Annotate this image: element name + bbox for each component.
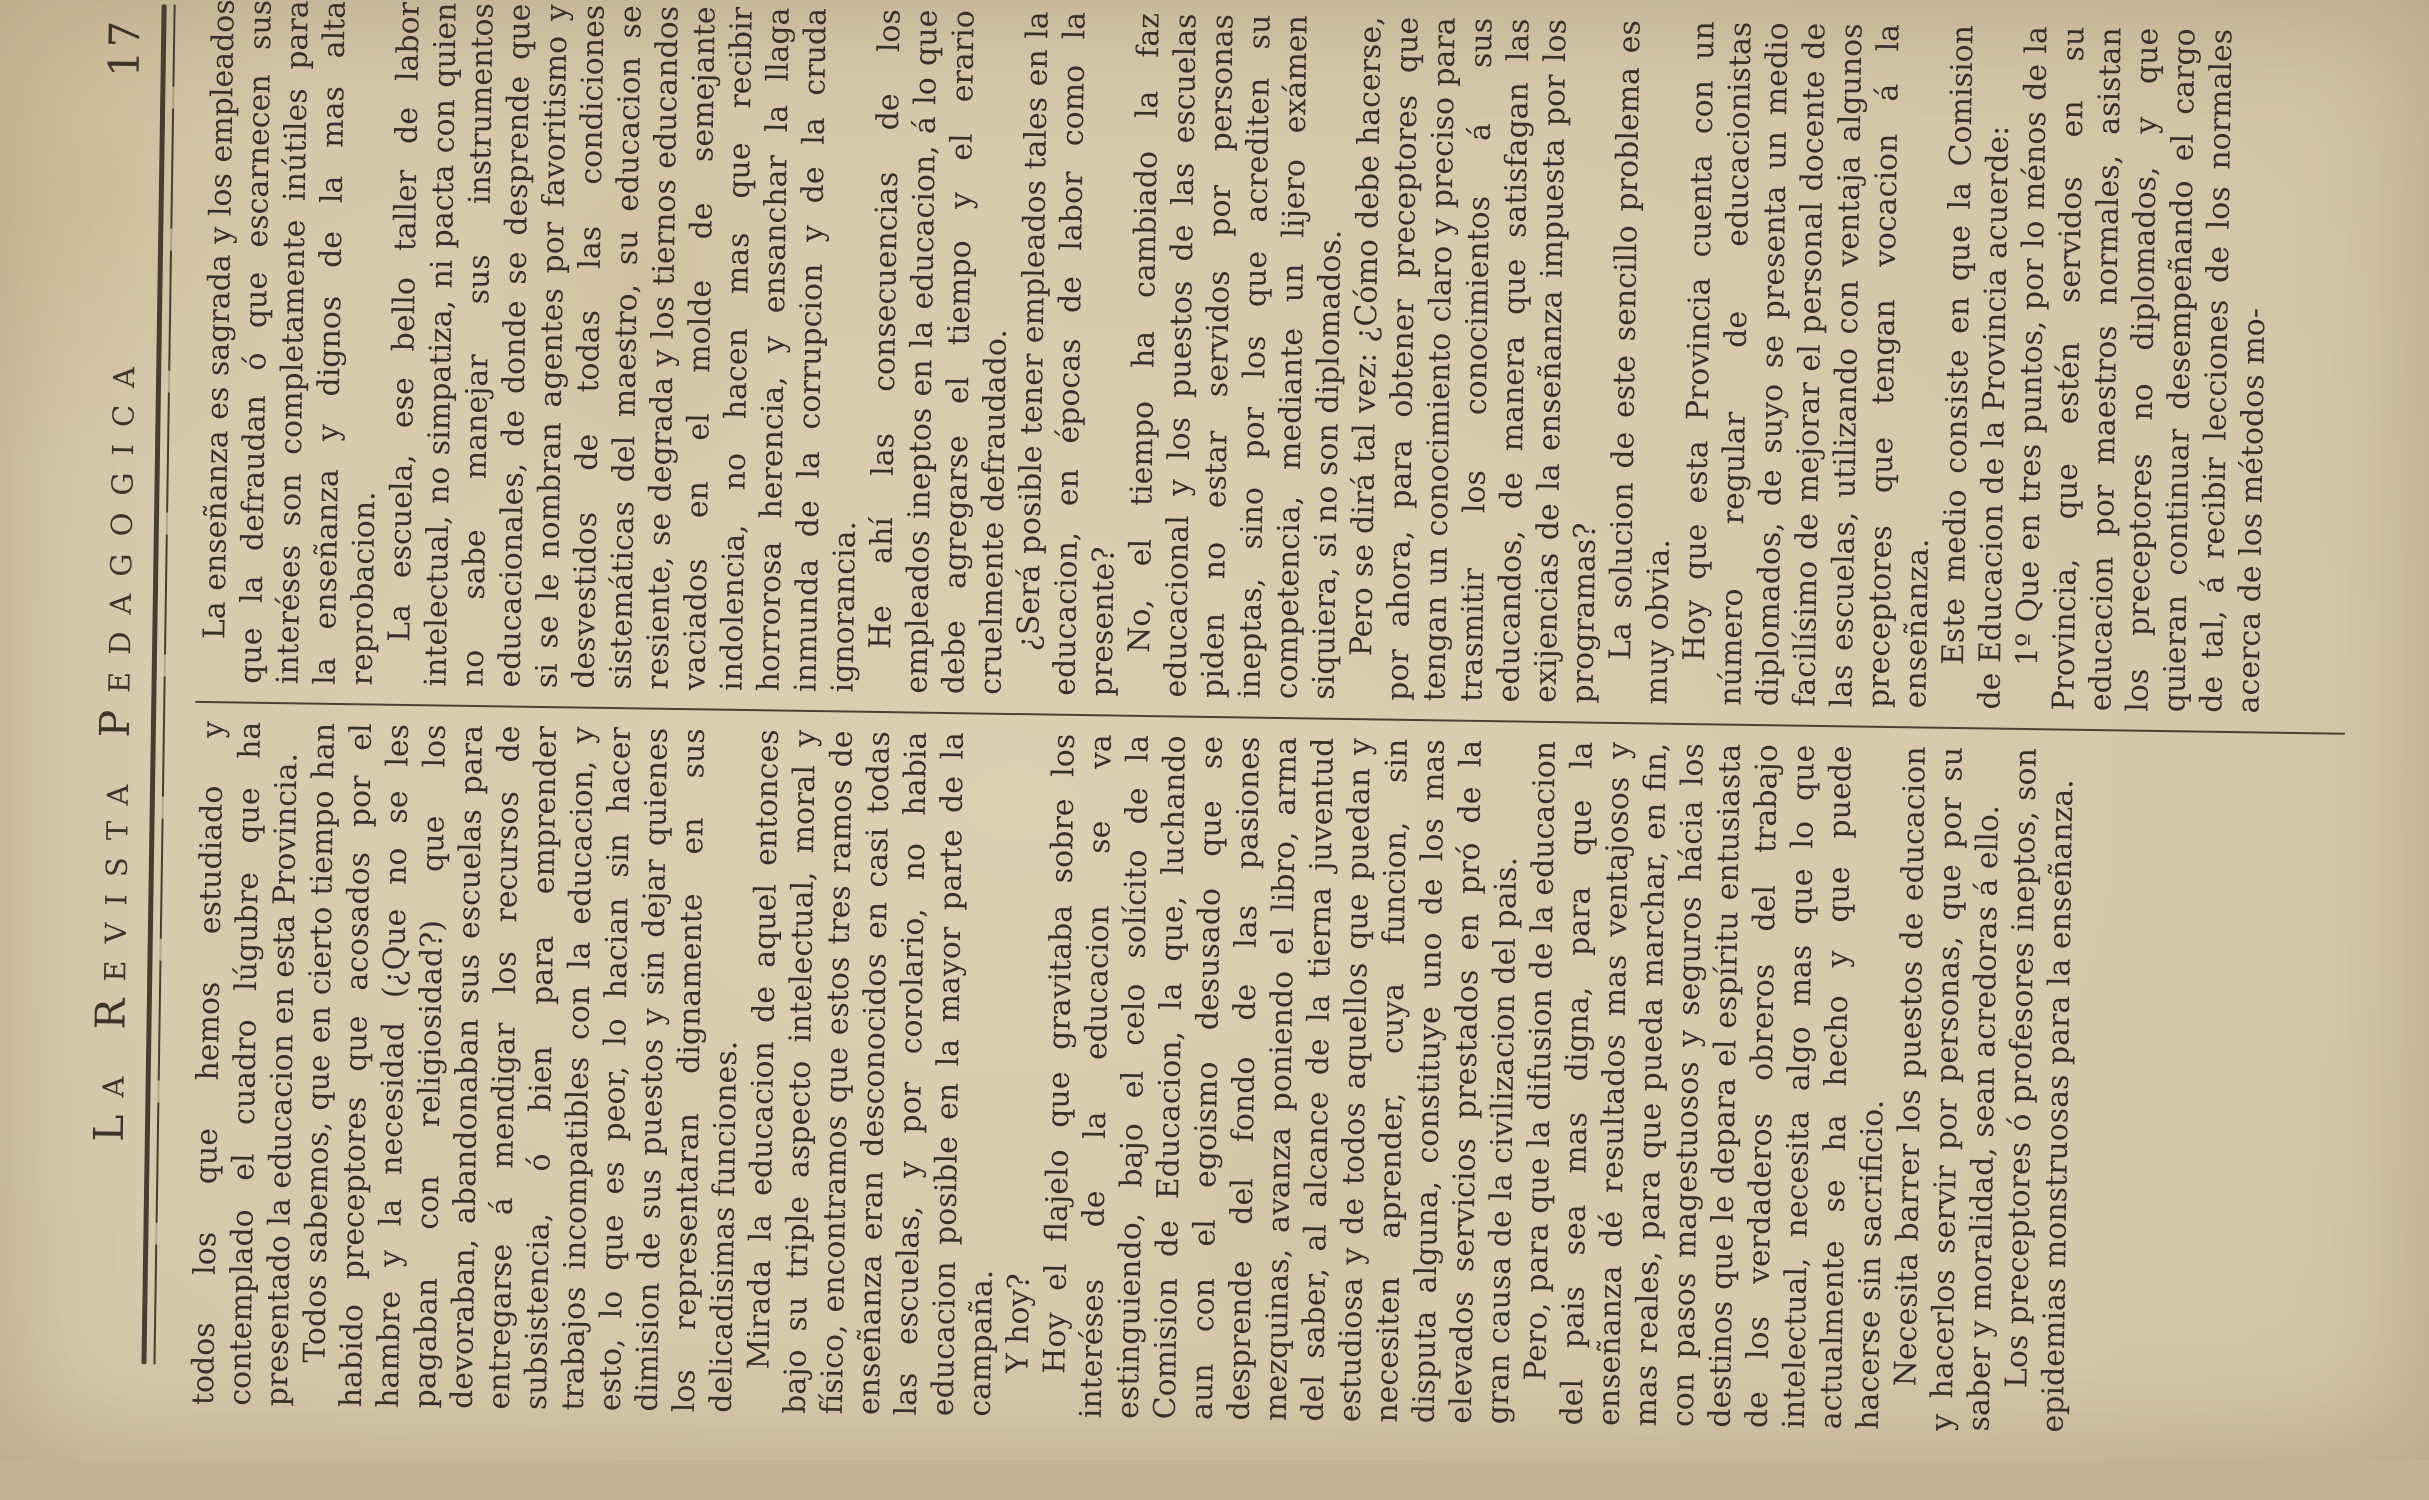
paragraph: ¿Será posible tener empleados tales en l… — [1009, 11, 1130, 697]
page-content: La Revista Pedagogica 17 todos los que h… — [0, 0, 2429, 1478]
paragraph: 1º Que en tres puntos, por lo ménos de l… — [2008, 26, 2277, 714]
paragraph: Hoy el flajelo que gravitaba sobre los i… — [1036, 733, 1527, 1424]
paragraph: He ahí las consecuencias de los empleado… — [862, 9, 1020, 695]
page-number: 17 — [100, 17, 150, 77]
paragraph: Pero se dirá tal vez: ¿Cómo debe hacerse… — [1342, 16, 1611, 704]
paragraph: La escuela, ese bello taller de labor in… — [381, 2, 872, 693]
paragraph: Todos sabemos, que en cierto tiempo han … — [296, 723, 750, 1414]
paragraph: todos los que hemos estudiado y contempl… — [185, 721, 306, 1407]
paragraph: Mirada la educacion de aquel entonces ba… — [740, 729, 1009, 1417]
page-sheet: La Revista Pedagogica 17 todos los que h… — [0, 0, 2429, 1460]
column-left: todos los que hemos estudiado y contempl… — [185, 701, 2345, 1437]
paragraph: Pero, para que la difusion de la educaci… — [1517, 741, 1897, 1430]
header-rule-thin — [153, 4, 175, 1364]
paragraph: Necesita barrer los puestos de educacion… — [1887, 746, 2008, 1432]
paragraph: La enseñanza es sagrada y los empleados … — [196, 0, 391, 686]
journal-title: La Revista Pedagogica — [85, 349, 145, 1142]
paragraph: Hoy que esta Provincia cuenta con un núm… — [1675, 21, 1944, 709]
masthead: La Revista Pedagogica 17 — [84, 17, 150, 1142]
paragraph: La solucion de este sencillo problema es… — [1601, 20, 1685, 705]
scanned-page-background: { "colors": { "paper": "#d6c8aa", "ink":… — [0, 0, 2429, 1500]
paragraph: No, el tiempo ha cambiado la faz educaci… — [1120, 13, 1352, 700]
column-right: La enseñanza es sagrada y los empleados … — [195, 0, 2355, 733]
paragraph: Los preceptores ó profesores ineptos, so… — [1998, 748, 2082, 1433]
paragraph: Este medio consiste en que la Comision d… — [1934, 25, 2018, 710]
text-columns: todos los que hemos estudiado y contempl… — [185, 0, 2356, 1437]
